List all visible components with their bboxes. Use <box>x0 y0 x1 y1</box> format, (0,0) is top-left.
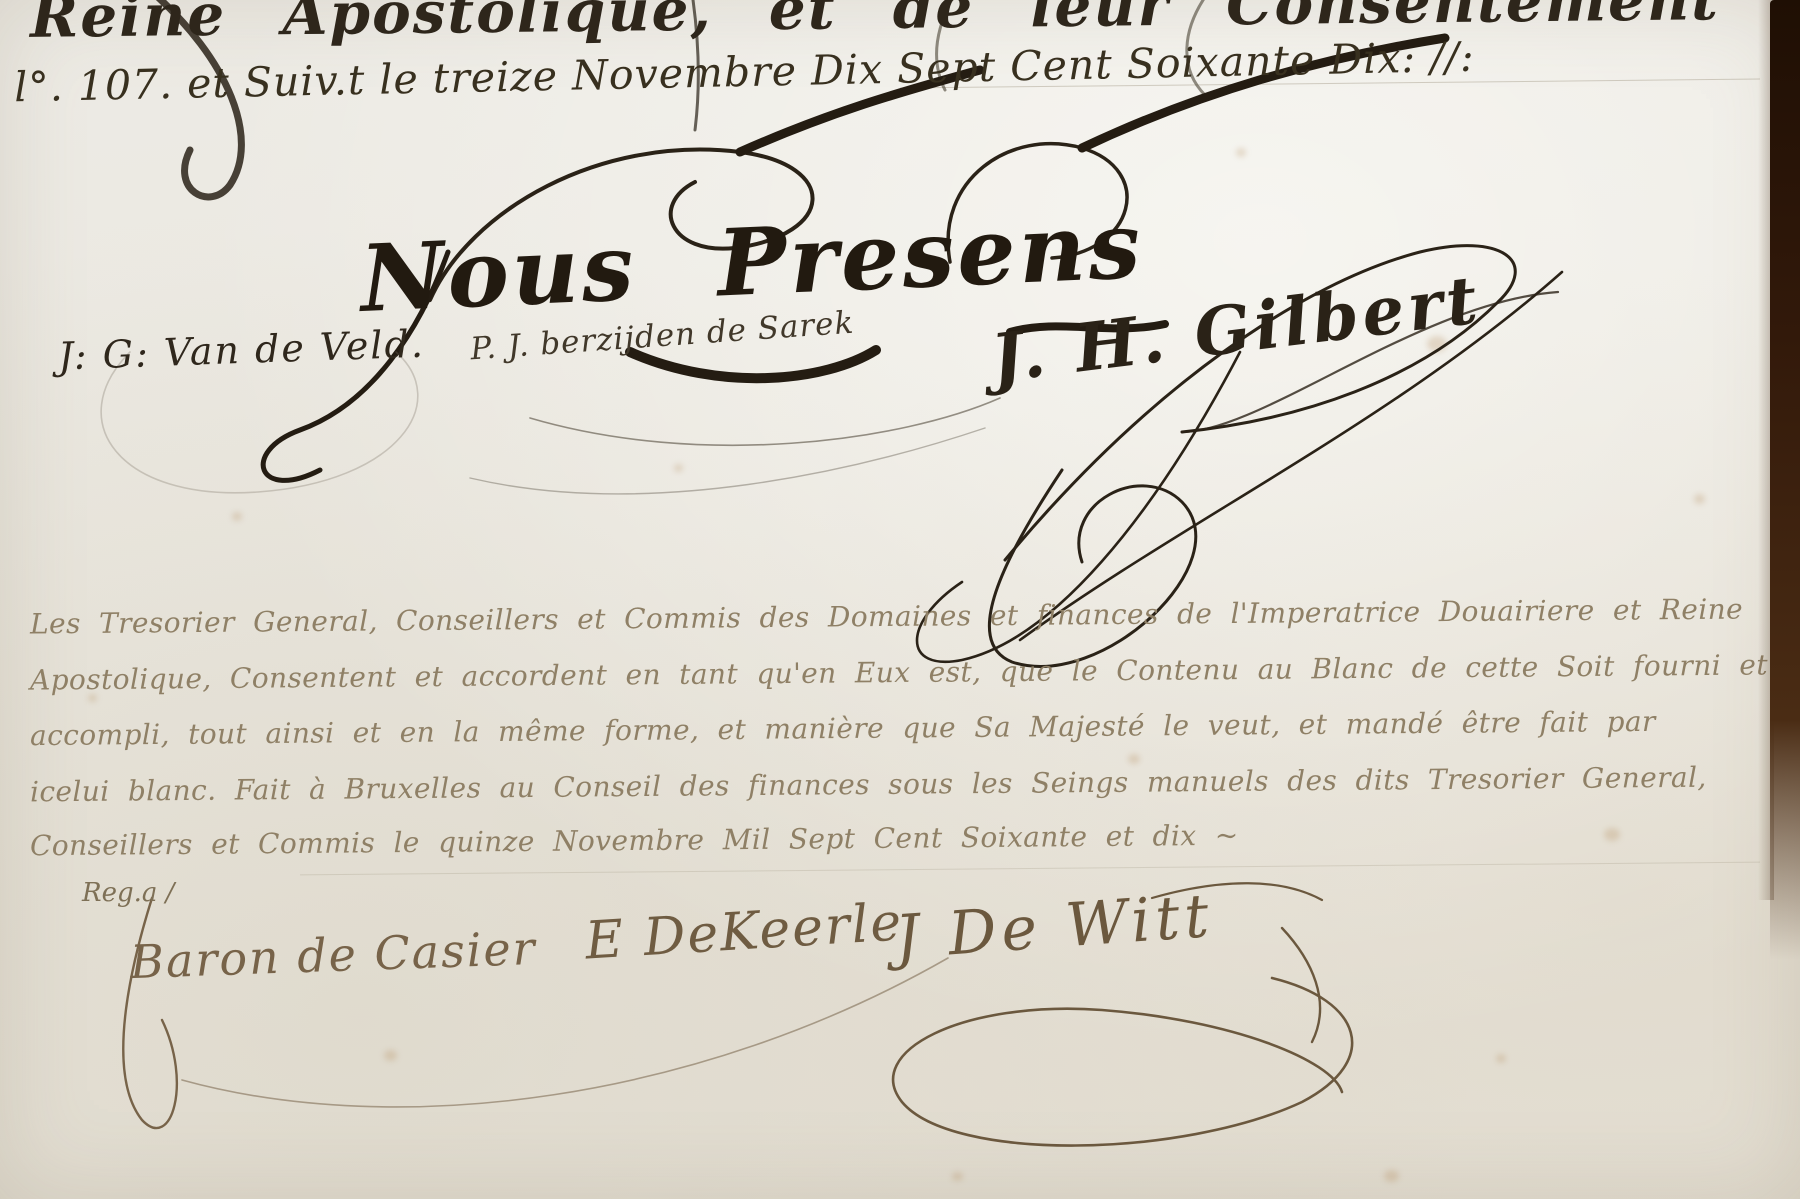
foxing-spot <box>952 1172 963 1181</box>
binding-edge <box>1770 0 1800 960</box>
foxing-spot <box>674 464 683 472</box>
foxing-spot <box>1128 754 1140 764</box>
foxing-spot <box>232 512 242 521</box>
signature-van-de-veld: J: G: Van de Veld. <box>57 322 425 379</box>
body-line: Conseillers et Commis le quinze Novembre… <box>30 819 1239 863</box>
registration-mark: Reg.a / <box>82 878 174 908</box>
manuscript-page: Reine Apostolique, et de leur Consenteme… <box>0 0 1800 1199</box>
foxing-spot <box>1694 494 1705 504</box>
signature-baron-de-casier: Baron de Casier <box>129 921 537 989</box>
signature-de-witt: J De Witt <box>893 881 1216 973</box>
body-line: Apostolique, Consentent et accordent en … <box>30 648 1768 696</box>
foxing-spot <box>384 1050 397 1061</box>
body-line: icelui blanc. Fait à Bruxelles au Consei… <box>30 761 1707 809</box>
body-line: accompli, tout ainsi et en la même forme… <box>30 705 1656 752</box>
foxing-spot <box>1384 1170 1399 1182</box>
foxing-spot <box>1236 148 1246 157</box>
body-line: Les Tresorier General, Conseillers et Co… <box>30 593 1743 641</box>
signature-dekeerle: E DeKeerle <box>583 892 904 971</box>
foxing-spot <box>1604 828 1620 841</box>
foxing-spot <box>1496 1054 1506 1063</box>
crease-line-mid <box>300 862 1760 876</box>
